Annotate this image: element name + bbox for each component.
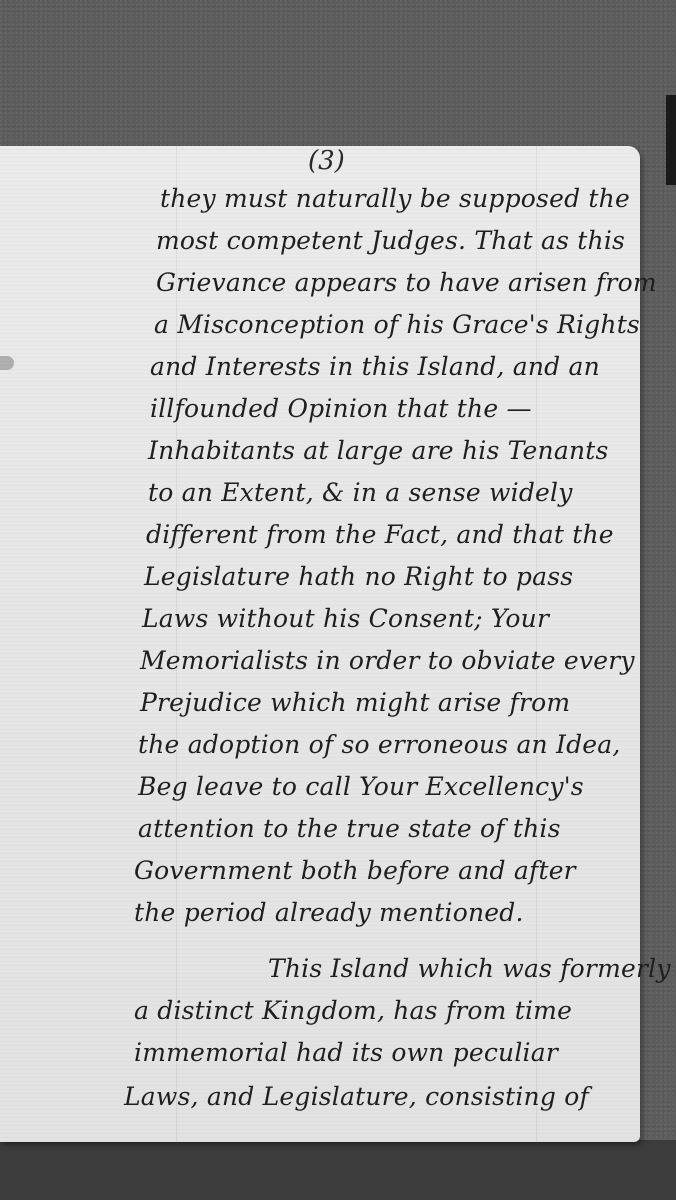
- text-line: Memorialists in order to obviate every: [140, 646, 635, 675]
- paper-tear: [0, 356, 14, 370]
- text-line: This Island which was formerly: [268, 954, 671, 983]
- text-line: Inhabitants at large are his Tenants: [148, 436, 609, 465]
- text-line: and Interests in this Island, and an: [150, 352, 600, 381]
- text-line: illfounded Opinion that the —: [150, 394, 532, 423]
- text-line: the adoption of so erroneous an Idea,: [138, 730, 621, 759]
- text-line: different from the Fact, and that the: [146, 520, 614, 549]
- text-line: the period already mentioned.: [134, 898, 524, 927]
- text-line: a distinct Kingdom, has from time: [134, 996, 572, 1025]
- text-line: attention to the true state of this: [138, 814, 561, 843]
- text-line: they must naturally be supposed the: [160, 184, 630, 213]
- text-line: Laws, and Legislature, consisting of: [124, 1082, 589, 1111]
- text-line: Government both before and after: [134, 856, 576, 885]
- table-surface: [0, 1140, 676, 1200]
- text-line: most competent Judges. That as this: [156, 226, 625, 255]
- text-line: Laws without his Consent; Your: [142, 604, 549, 633]
- text-line: Grievance appears to have arisen from: [156, 268, 657, 297]
- text-line: Beg leave to call Your Excellency's: [138, 772, 584, 801]
- page-number: (3): [308, 146, 345, 176]
- text-line: a Misconception of his Grace's Rights: [154, 310, 640, 339]
- text-line: Prejudice which might arise from: [140, 688, 570, 717]
- text-line: Legislature hath no Right to pass: [144, 562, 573, 591]
- background-object: [666, 95, 676, 185]
- text-line: to an Extent, & in a sense widely: [148, 478, 573, 507]
- text-line: immemorial had its own peculiar: [134, 1038, 558, 1067]
- manuscript-page: (3) they must naturally be supposed the …: [0, 146, 640, 1142]
